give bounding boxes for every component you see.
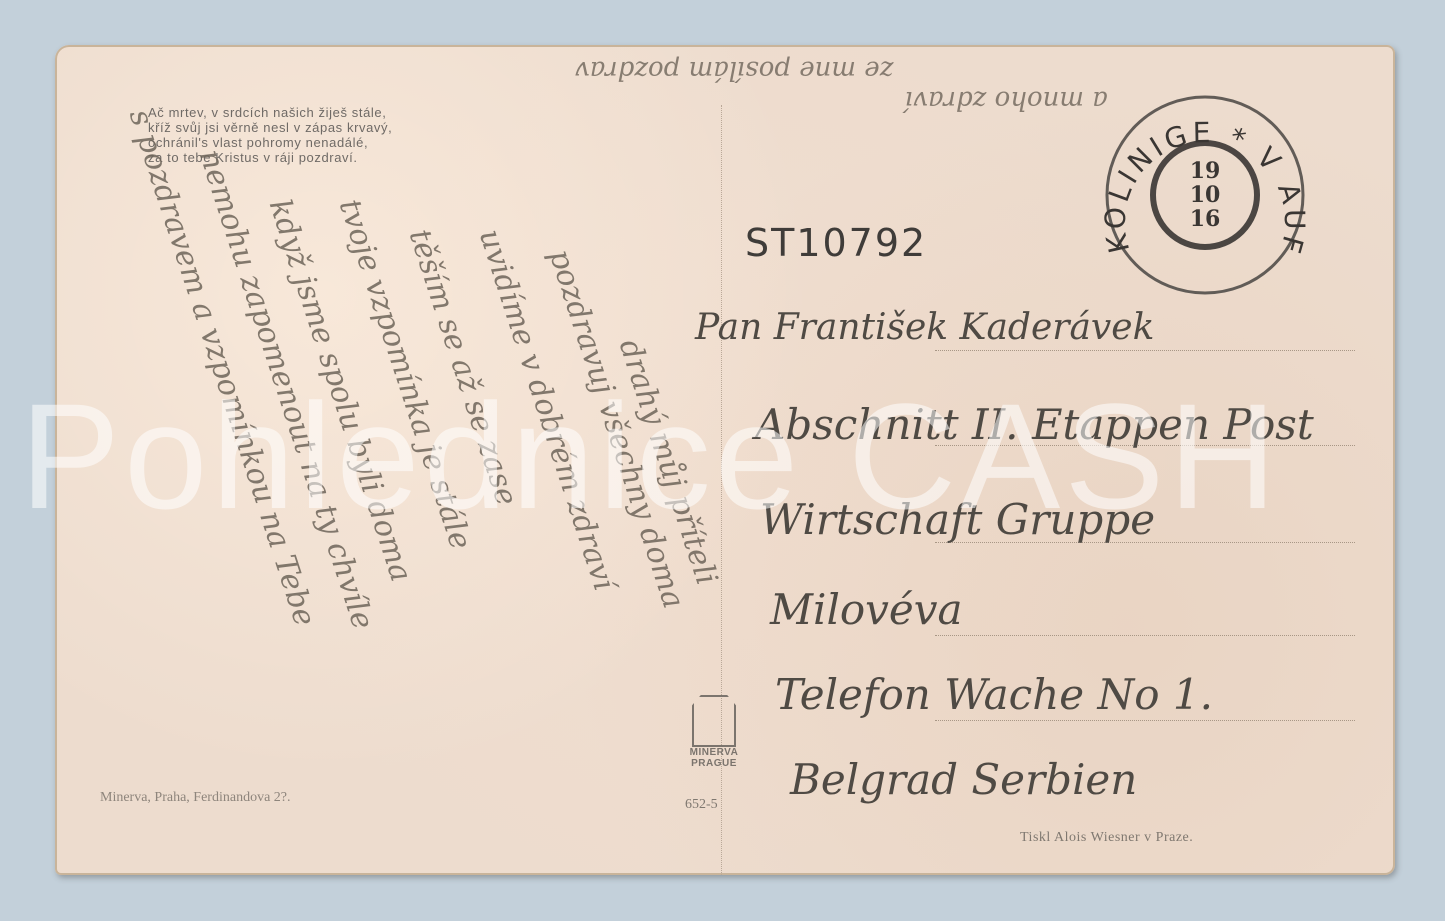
handwritten-top-note: a mnoho zdraví [905, 85, 1108, 115]
serial-number: 652-5 [685, 797, 718, 813]
address-line: Telefon Wache No 1. [775, 670, 1213, 719]
address-rule [935, 720, 1355, 721]
poem-line: kříž svůj jsi věrně nesl v zápas krvavý, [148, 120, 392, 135]
poem-line: ochránil's vlast pohromy nenadálé, [148, 135, 392, 150]
address-rule [935, 350, 1355, 351]
postmark-stamp-icon: KOLINIGE * V AUFN 19 10 16 [1100, 90, 1310, 300]
logo-text: MINERVA [685, 747, 743, 758]
svg-text:16: 16 [1190, 206, 1221, 232]
logo-text: PRAGUE [685, 758, 743, 769]
printer-line: Tiskl Alois Wiesner v Praze. [1020, 830, 1193, 846]
svg-text:10: 10 [1190, 182, 1221, 208]
poem-line: Ač mrtev, v srdcích našich žiješ stále, [148, 105, 392, 120]
handwritten-top-note: ze mne posílám pozdrav [575, 55, 893, 85]
address-line: Milovéva [770, 585, 963, 634]
svg-text:19: 19 [1190, 158, 1221, 184]
watermark: Pohlednice CASH [20, 370, 1281, 543]
reference-number: ST10792 [745, 221, 927, 265]
minerva-figure-icon [692, 695, 736, 747]
address-line: Belgrad Serbien [790, 755, 1137, 804]
address-rule [935, 635, 1355, 636]
printed-poem: Ač mrtev, v srdcích našich žiješ stále, … [148, 105, 392, 165]
poem-line: za to tebe Kristus v ráji pozdraví. [148, 150, 392, 165]
publisher-line: Minerva, Praha, Ferdinandova 2?. [100, 790, 291, 806]
minerva-logo: MINERVA PRAGUE [685, 695, 743, 769]
address-line: Pan František Kaderávek [695, 307, 1154, 348]
